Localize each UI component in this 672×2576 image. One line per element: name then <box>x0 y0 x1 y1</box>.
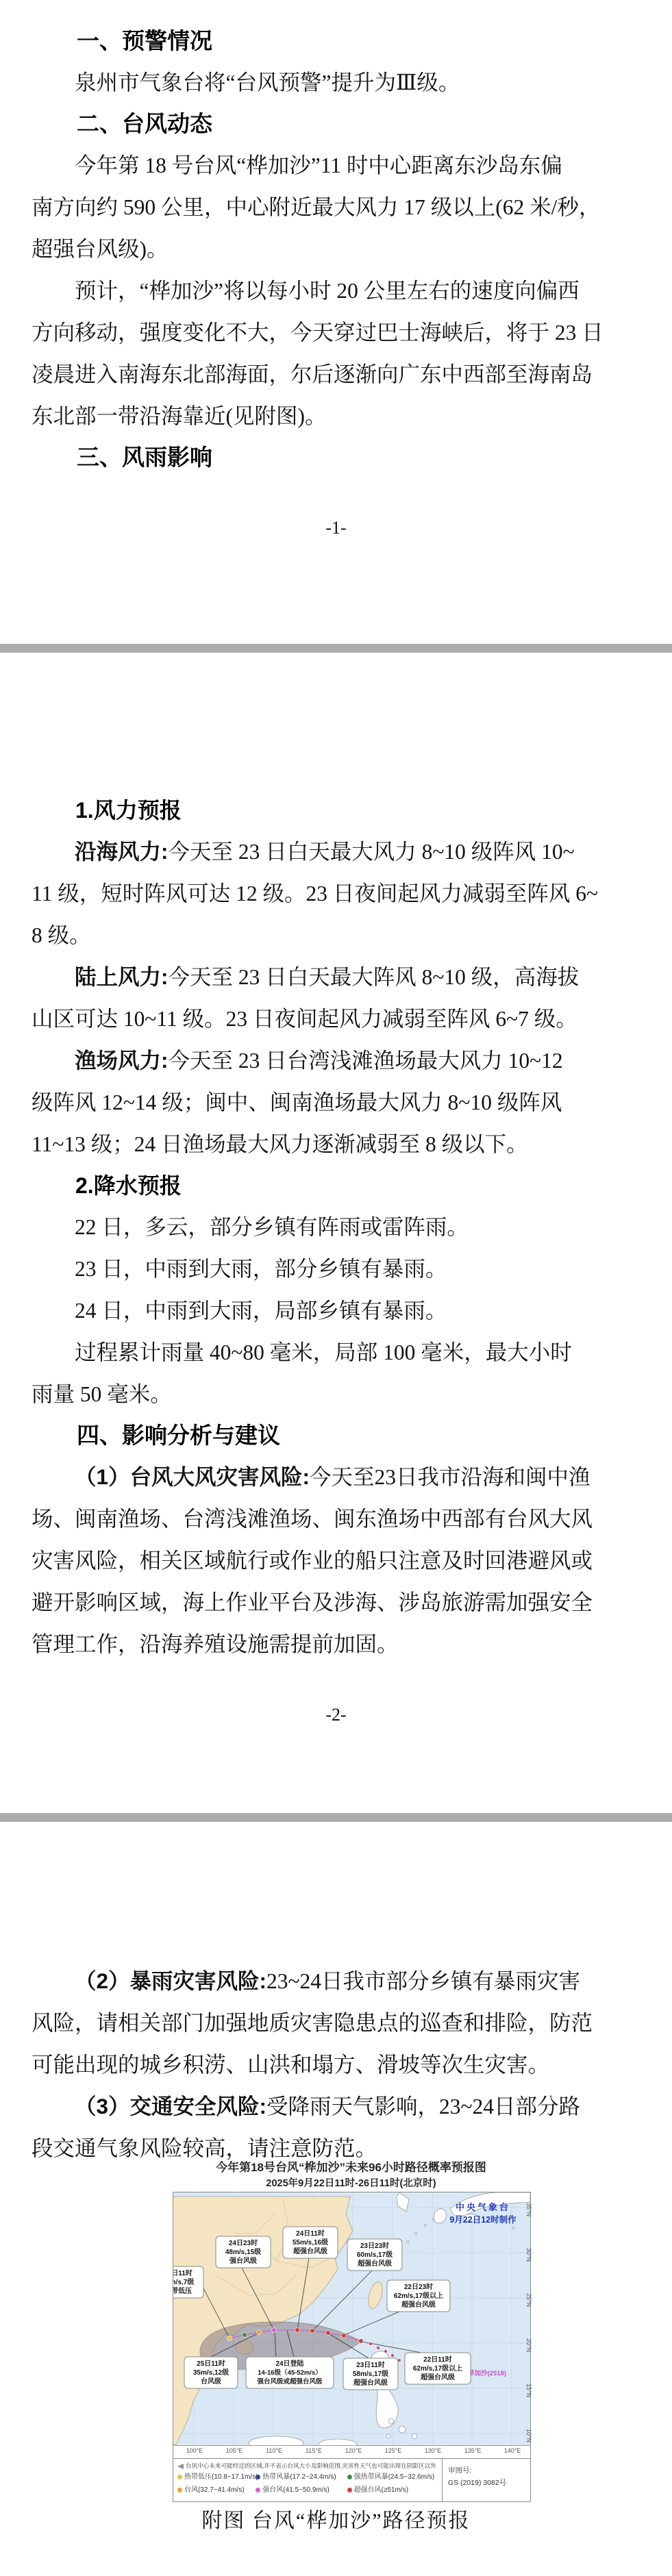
line-text: 8 级。 <box>32 923 91 947</box>
map-canvas: 桦加沙(2518) 中央气象台 9月22日12时制作 26日11时 15m/s,… <box>173 2192 530 2446</box>
text-line: 雨量 50 毫米。 <box>32 1373 640 1415</box>
line-text: 避开影响区域，海上作业平台及涉海、涉岛旅游需加强安全 <box>32 1590 593 1614</box>
line-lead-bold: 沿海风力: <box>75 839 169 864</box>
callout-category: 超强台风级 <box>293 2247 327 2255</box>
line-text: 今天至 23 日台湾浅滩渔场最大风力 10~12 <box>169 1049 563 1073</box>
lat-tick: 35°N <box>524 2203 532 2223</box>
line-text: 四、影响分析与建议 <box>77 1423 280 1448</box>
callout-category: 超强台风级 <box>358 2259 392 2268</box>
callout-23d11h: 23日11时 58m/s,17级 超强台风级 <box>343 2358 398 2390</box>
text-line: 预计，“桦加沙”将以每小时 20 公里左右的速度向偏西 <box>32 270 640 312</box>
callout-category: 超强台风级 <box>421 2373 455 2381</box>
line-text: 管理工作，沿海养殖设施需提前加固。 <box>32 1632 399 1656</box>
lon-tick: 130°E <box>421 2447 445 2454</box>
text-line: 1.风力预报 <box>32 790 640 831</box>
text-line: 东北部一带沿海靠近(见附图)。 <box>32 395 640 437</box>
line-text: 11 级，短时阵风可达 12 级。23 日夜间起风力减弱至阵风 6~ <box>32 881 598 905</box>
line-text: 雨量 50 毫米。 <box>32 1382 172 1406</box>
line-text: 三、风雨影响 <box>77 445 212 470</box>
legend-category-list: 热带低压(10.8~17.1m/s) 热带风暴(17.2~24.4m/s) 强热… <box>177 2471 438 2497</box>
callout-24d23h: 24日23时 48m/s,15级 强台风级 <box>216 2236 271 2268</box>
text-line: 二、台风动态 <box>32 103 640 145</box>
text-line: 渔场风力:今天至 23 日台湾浅滩渔场最大风力 10~12 <box>32 1040 640 1081</box>
callout-wind: 58m/s,17级 <box>353 2369 388 2378</box>
lon-tick: 105°E <box>223 2447 246 2454</box>
callout-time: 24日23时 <box>229 2238 258 2247</box>
callout-wind: 62m/s,17级以上 <box>413 2364 462 2373</box>
text-line: 11~13 级；24 日渔场最大风力逐渐减弱至 8 级以下。 <box>32 1123 640 1165</box>
category-label: 台风(32.7~41.4m/s) <box>184 2486 245 2494</box>
text-line: 凌晨进入南海东北部海面，尔后逐渐向广东中西部至海南岛 <box>32 353 640 395</box>
category-dot-icon <box>347 2475 352 2479</box>
line-text: 段交通气象风险较高，请注意防范。 <box>32 2136 377 2160</box>
category-dot-icon <box>177 2475 182 2479</box>
text-line: 沿海风力:今天至 23 日白天最大风力 8~10 级阵风 10~ <box>32 831 640 873</box>
callout-category: 超强台风级 <box>401 2300 436 2309</box>
callout-time: 23日11时 <box>356 2360 385 2369</box>
line-lead-bold: （2）暴雨灾害风险: <box>75 1968 266 1993</box>
agency-name: 中央气象台 <box>456 2202 510 2212</box>
callout-24d11h: 24日11时 55m/s,16级 超强台风级 <box>283 2227 338 2258</box>
text-line: （3）交通安全风险:受降雨天气影响，23~24日部分路 <box>32 2086 640 2127</box>
document-viewer: 一、预警情况 泉州市气象台将“台风预警”提升为Ⅲ级。 二、台风动态 今年第 18… <box>0 0 672 2576</box>
callout-category: 超强台风级 <box>353 2378 388 2387</box>
map-legend: 台风中心未来可能经过的区域,并不表示台风大小及影响范围,灾害性天气也可能出现在阴… <box>173 2458 530 2501</box>
lat-tick: 25°N <box>524 2293 532 2314</box>
category-label: 热带风暴(17.2~24.4m/s) <box>262 2473 336 2481</box>
text-line: 避开影响区域，海上作业平台及涉海、涉岛旅游需加强安全 <box>32 1581 640 1623</box>
line-text: -1- <box>325 518 346 538</box>
legend-item: 热带低压(10.8~17.1m/s) <box>177 2471 256 2484</box>
page-divider <box>0 1813 672 1822</box>
review-label: 审图号: <box>448 2464 527 2477</box>
lat-tick: 30°N <box>524 2248 532 2268</box>
line-text: 23 日，中雨到大雨，部分乡镇有暴雨。 <box>75 1257 447 1281</box>
lon-tick: 115°E <box>302 2447 325 2454</box>
text-line: 24 日，中雨到大雨，局部乡镇有暴雨。 <box>32 1290 640 1331</box>
category-label: 超强台风(≥51m/s) <box>354 2486 408 2494</box>
callout-wind: 60m/s,17级 <box>357 2250 393 2259</box>
text-line: 山区可达 10~11 级。23 日夜间起风力减弱至阵风 6~7 级。 <box>32 998 640 1040</box>
line-lead-bold: （3）交通安全风险: <box>75 2094 266 2118</box>
category-label: 强台风(41.5~50.9m/s) <box>262 2486 329 2494</box>
legend-item: 强热带风暴(24.5~32.6m/s) <box>347 2471 438 2484</box>
storm-name-label: 桦加沙(2518) <box>468 2369 506 2377</box>
line-text: 山区可达 10~11 级。23 日夜间起风力减弱至阵风 6~7 级。 <box>32 1007 577 1031</box>
page-2: 1.风力预报 沿海风力:今天至 23 日白天最大风力 8~10 级阵风 10~ … <box>0 653 672 1813</box>
text-line: 11 级，短时阵风可达 12 级。23 日夜间起风力减弱至阵风 6~ <box>32 873 640 914</box>
line-text: 级阵风 12~14 级；闽中、闽南渔场最大风力 8~10 级阵风 <box>32 1090 562 1114</box>
lat-tick: 10°N <box>524 2429 532 2449</box>
callout-wind: 15m/s,7级 <box>173 2277 194 2286</box>
line-text: 今年第 18 号台风“桦加沙”11 时中心距离东沙岛东偏 <box>75 153 562 177</box>
text-line: 场、闽南渔场、台湾浅滩渔场、闽东渔场中西部有台风大风 <box>32 1498 640 1540</box>
callout-category: 强台风级或超强台风级 <box>256 2377 323 2386</box>
category-dot-icon <box>177 2488 182 2492</box>
line-text: 二、台风动态 <box>77 111 212 136</box>
lat-tick: 20°N <box>524 2338 532 2359</box>
callout-time: 26日11时 <box>173 2268 192 2277</box>
page-3-lines: （2）暴雨灾害风险:23~24日我市部分乡镇有暴雨灾害 风险，请相关部门加强地质… <box>0 1822 672 2169</box>
text-line: 风险，请相关部门加强地质灾害隐患点的巡查和排险，防范 <box>32 2002 640 2044</box>
longitude-axis: 100°E 105°E 110°E 115°E 120°E 125°E 130°… <box>173 2446 530 2458</box>
page-divider <box>0 644 672 653</box>
text-line: 级阵风 12~14 级；闽中、闽南渔场最大风力 8~10 级阵风 <box>32 1081 640 1123</box>
typhoon-track-map: 桦加沙(2518) 中央气象台 9月22日12时制作 26日11时 15m/s,… <box>173 2192 531 2502</box>
text-line: 南方向约 590 公里，中心附近最大风力 17 级以上(62 米/秒， <box>32 186 640 228</box>
text-line: 过程累计雨量 40~80 毫米，局部 100 毫米，最大小时 <box>32 1331 640 1373</box>
text-line: 2.降水预报 <box>32 1165 640 1206</box>
agency-issue-time: 9月22日12时制作 <box>449 2214 517 2225</box>
line-text: 可能出现的城乡积涝、山洪和塌方、滑坡等次生灾害。 <box>32 2053 549 2077</box>
callout-category: 热带低压 <box>173 2286 192 2295</box>
legend-note-text: 台风中心未来可能经过的区域,并不表示台风大小及影响范围,灾害性天气也可能出现在阴… <box>186 2462 436 2469</box>
category-label: 热带低压(10.8~17.1m/s) <box>184 2473 258 2481</box>
line-text: 今天至23日我市沿海和闽中渔 <box>310 1465 590 1489</box>
line-text: 南方向约 590 公里，中心附近最大风力 17 级以上(62 米/秒， <box>32 195 600 219</box>
line-text: 22 日，多云，部分乡镇有阵雨或雷阵雨。 <box>75 1215 469 1239</box>
line-text: 凌晨进入南海东北部海面，尔后逐渐向广东中西部至海南岛 <box>32 362 593 386</box>
page-2-lines: 1.风力预报 沿海风力:今天至 23 日白天最大风力 8~10 级阵风 10~ … <box>0 653 672 1736</box>
line-text: 过程累计雨量 40~80 毫米，局部 100 毫米，最大小时 <box>75 1340 572 1364</box>
map-review-number: 审图号: GS (2019) 3082号 <box>442 2459 530 2501</box>
line-text: 方向移动，强度变化不大，今天穿过巴士海峡后，将于 23 日 <box>32 321 603 345</box>
lon-tick: 110°E <box>262 2447 286 2454</box>
text-line: 今年第 18 号台风“桦加沙”11 时中心距离东沙岛东偏 <box>32 145 640 186</box>
callout-time: 22日23时 <box>404 2282 433 2291</box>
text-line: 8 级。 <box>32 914 640 956</box>
cone-icon <box>177 2464 184 2469</box>
line-text: 灾害风险，相关区域航行或作业的船只注意及时回港避风或 <box>32 1549 593 1573</box>
map-subtitle: 2025年9月22日11时-26日11时(北京时) <box>173 2175 530 2190</box>
legend-item: 强台风(41.5~50.9m/s) <box>256 2484 347 2497</box>
legend-item: 台风(32.7~41.4m/s) <box>177 2484 256 2497</box>
callout-time: 24日登陆 <box>275 2359 303 2368</box>
page-1: 一、预警情况 泉州市气象台将“台风预警”提升为Ⅲ级。 二、台风动态 今年第 18… <box>0 0 672 644</box>
callout-time: 22日11时 <box>423 2355 452 2364</box>
line-text: -2- <box>325 1705 346 1725</box>
callout-wind: 55m/s,16级 <box>293 2238 328 2247</box>
callout-time: 24日11时 <box>296 2229 325 2238</box>
category-dot-icon <box>256 2488 260 2492</box>
callout-time: 23日23时 <box>360 2241 389 2250</box>
line-text: 超强台风级)。 <box>32 237 169 261</box>
callout-category: 强台风级 <box>229 2256 257 2265</box>
line-text: 泉州市气象台将“台风预警”提升为Ⅲ级。 <box>75 71 460 95</box>
line-text: 24 日，中雨到大雨，局部乡镇有暴雨。 <box>75 1299 447 1323</box>
legend-item: 超强台风(≥51m/s) <box>347 2484 438 2497</box>
category-label: 强热带风暴(24.5~32.6m/s) <box>354 2473 435 2481</box>
callout-23d23h: 23日23时 60m/s,17级 超强台风级 <box>347 2239 402 2271</box>
text-line: 可能出现的城乡积涝、山洪和塌方、滑坡等次生灾害。 <box>32 2044 640 2086</box>
text-line: 灾害风险，相关区域航行或作业的船只注意及时回港避风或 <box>32 1540 640 1581</box>
lon-tick: 120°E <box>342 2447 365 2454</box>
text-line: （1）台风大风灾害风险:今天至23日我市沿海和闽中渔 <box>32 1456 640 1498</box>
review-number: GS (2019) 3082号 <box>448 2477 527 2489</box>
lon-tick: 135°E <box>461 2447 484 2454</box>
line-text: 预计，“桦加沙”将以每小时 20 公里左右的速度向偏西 <box>75 279 580 303</box>
callout-22d23h: 22日23时 62m/s,17级以上 超强台风级 <box>387 2280 450 2312</box>
text-line: 管理工作，沿海养殖设施需提前加固。 <box>32 1623 640 1665</box>
text-line: 三、风雨影响 <box>32 437 640 478</box>
line-lead-bold: （1）台风大风灾害风险: <box>75 1464 310 1489</box>
callout-25d11h: 25日11时 35m/s,12级 台风级 <box>184 2357 238 2388</box>
callout-wind: 48m/s,15级 <box>225 2247 261 2256</box>
line-text: 今天至 23 日白天最大风力 8~10 级阵风 10~ <box>169 840 575 864</box>
line-text: 1.风力预报 <box>75 798 182 823</box>
category-dot-icon <box>347 2488 352 2492</box>
line-text: 今天至 23 日白天最大阵风 8~10 级，高海拔 <box>169 965 580 989</box>
line-text: 风险，请相关部门加强地质灾害隐患点的巡查和排险，防范 <box>32 2011 593 2035</box>
legend-cone-note: 台风中心未来可能经过的区域,并不表示台风大小及影响范围,灾害性天气也可能出现在阴… <box>177 2461 438 2471</box>
page-1-lines: 一、预警情况 泉州市气象台将“台风预警”提升为Ⅲ级。 二、台风动态 今年第 18… <box>0 0 672 549</box>
callout-26d11h: 26日11时 15m/s,7级 热带低压 <box>173 2266 203 2298</box>
callout-time: 25日11时 <box>197 2359 225 2368</box>
callout-22d11h: 22日11时 62m/s,17级以上 超强台风级 <box>405 2353 471 2384</box>
figure-caption: 附图 台风“桦加沙”路径预报 <box>0 2503 672 2534</box>
line-text: 23~24日我市部分乡镇有暴雨灾害 <box>266 1969 580 1993</box>
line-lead-bold: 渔场风力: <box>75 1048 169 1073</box>
callout-wind: 62m/s,17级以上 <box>394 2291 443 2300</box>
lon-tick: 125°E <box>382 2447 405 2454</box>
text-line: 一、预警情况 <box>32 21 640 62</box>
map-title: 今年第18号台风“桦加沙”未来96小时路径概率预报图 <box>173 2158 530 2175</box>
legend-item: 热带风暴(17.2~24.4m/s) <box>256 2471 347 2484</box>
category-dot-icon <box>256 2475 260 2479</box>
text-line: -1- <box>32 507 640 549</box>
text-line: 陆上风力:今天至 23 日白天最大阵风 8~10 级，高海拔 <box>32 956 640 998</box>
text-line: 四、影响分析与建议 <box>32 1415 640 1456</box>
text-line: 超强台风级)。 <box>32 228 640 270</box>
text-line: 泉州市气象台将“台风预警”提升为Ⅲ级。 <box>32 62 640 103</box>
line-text: 11~13 级；24 日渔场最大风力逐渐减弱至 8 级以下。 <box>32 1132 528 1156</box>
lon-tick: 100°E <box>183 2447 206 2454</box>
text-line: 23 日，中雨到大雨，部分乡镇有暴雨。 <box>32 1248 640 1290</box>
callout-24d-landfall: 24日登陆 14-16级（45-52m/s） 强台风级或超强台风级 <box>246 2357 334 2388</box>
legend-items-area: 台风中心未来可能经过的区域,并不表示台风大小及影响范围,灾害性天气也可能出现在阴… <box>173 2459 442 2501</box>
callout-wind: 14-16级（45-52m/s） <box>258 2368 321 2377</box>
text-line: 22 日，多云，部分乡镇有阵雨或雷阵雨。 <box>32 1206 640 1248</box>
line-text: 受降雨天气影响，23~24日部分路 <box>266 2094 580 2118</box>
callout-wind: 35m/s,12级 <box>193 2368 229 2377</box>
line-text: 场、闽南渔场、台湾浅滩渔场、闽东渔场中西部有台风大风 <box>32 1507 593 1531</box>
lat-tick: 15°N <box>524 2384 532 2404</box>
lon-tick: 140°E <box>501 2447 524 2454</box>
callout-category: 台风级 <box>201 2377 221 2386</box>
line-text: 一、预警情况 <box>77 28 212 53</box>
text-line: （2）暴雨灾害风险:23~24日我市部分乡镇有暴雨灾害 <box>32 1960 640 2002</box>
text-line: -2- <box>32 1694 640 1736</box>
text-line: 方向移动，强度变化不大，今天穿过巴士海峡后，将于 23 日 <box>32 312 640 353</box>
line-text: 东北部一带沿海靠近(见附图)。 <box>32 404 326 428</box>
line-text: 2.降水预报 <box>75 1173 182 1198</box>
line-lead-bold: 陆上风力: <box>75 964 169 989</box>
